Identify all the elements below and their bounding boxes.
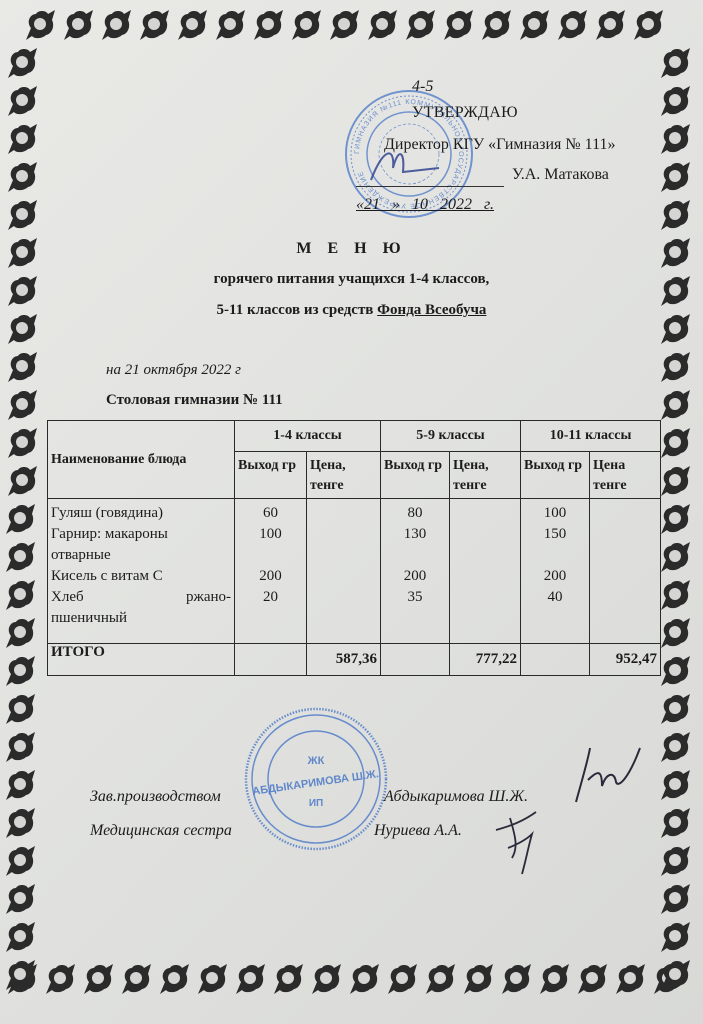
yield-cell-1-4: 60100 20020 xyxy=(235,499,307,644)
handwritten-signature-1 xyxy=(568,740,648,810)
border-flower-icon xyxy=(402,8,436,42)
border-flower-icon xyxy=(536,962,570,996)
dish-name: отварные xyxy=(51,545,231,566)
border-flower-icon xyxy=(194,962,228,996)
price-header: Цена, тенге xyxy=(307,452,381,499)
border-flower-icon xyxy=(657,426,691,460)
border-flower-icon xyxy=(250,8,284,42)
table-header-row: Наименование блюда 1-4 классы 5-9 классы… xyxy=(48,421,661,452)
total-price-1-4: 587,36 xyxy=(307,644,381,676)
border-flower-icon xyxy=(657,160,691,194)
border-flower-icon xyxy=(460,962,494,996)
border-flower-icon xyxy=(98,8,132,42)
approval-date: «21 » 10 2022 г. xyxy=(356,196,494,214)
spacer xyxy=(384,608,446,629)
total-label: ИТОГО xyxy=(48,644,235,676)
yield-value: 35 xyxy=(384,587,446,608)
border-flower-icon xyxy=(657,806,691,840)
border-flower-icon xyxy=(657,540,691,574)
border-flower-icon xyxy=(4,84,38,118)
border-flower-icon xyxy=(80,962,114,996)
border-flower-icon xyxy=(2,654,36,688)
border-flower-icon xyxy=(657,958,691,992)
spacer xyxy=(238,608,303,629)
border-flower-icon xyxy=(657,844,691,878)
border-flower-icon xyxy=(422,962,456,996)
border-flower-icon xyxy=(657,768,691,802)
yield-value: 130 xyxy=(384,524,446,545)
border-flower-icon xyxy=(657,350,691,384)
border-flower-icon xyxy=(657,388,691,422)
border-flower-icon xyxy=(657,692,691,726)
border-flower-icon xyxy=(592,8,626,42)
border-flower-icon xyxy=(4,464,38,498)
dish-name: Хлеб ржано- xyxy=(51,587,231,608)
subtitle-line-2: 5-11 классов из средств Фонда Всеобуча xyxy=(0,302,703,319)
border-flower-icon xyxy=(657,654,691,688)
yield-value: 200 xyxy=(384,566,446,587)
border-flower-icon xyxy=(2,806,36,840)
border-flower-icon xyxy=(346,962,380,996)
total-price-5-9: 777,22 xyxy=(450,644,521,676)
border-flower-icon xyxy=(22,8,56,42)
total-row: ИТОГО 587,36 777,22 952,47 xyxy=(48,644,661,676)
border-flower-icon xyxy=(657,616,691,650)
official-stamp-bottom: ЖК АБДЫКАРИМОВА Ш.Ж. ИП xyxy=(243,706,389,852)
border-flower-icon xyxy=(4,350,38,384)
border-flower-icon xyxy=(657,578,691,612)
dish-name: пшеничный xyxy=(51,608,231,629)
fund-name: Фонда Всеобуча xyxy=(377,302,486,318)
border-flower-icon xyxy=(612,962,646,996)
total-price-10-11: 952,47 xyxy=(590,644,661,676)
border-flower-icon xyxy=(2,844,36,878)
border-flower-icon xyxy=(212,8,246,42)
border-flower-icon xyxy=(118,962,152,996)
signature-name-nurse: Нуриева А.А. xyxy=(374,822,462,840)
border-flower-icon xyxy=(498,962,532,996)
yield-value: 40 xyxy=(524,587,586,608)
total-yield-5-9 xyxy=(381,644,450,676)
page-title: М Е Н Ю xyxy=(0,240,703,258)
svg-text:ЖК: ЖК xyxy=(307,755,325,767)
border-flower-icon xyxy=(60,8,94,42)
dish-name: Гарнир: макароны xyxy=(51,524,231,545)
handwritten-signature-2 xyxy=(492,808,552,878)
canteen-name: Столовая гимназии № 111 xyxy=(106,392,283,409)
dish-names-cell: Гуляш (говядина)Гарнир: макароныотварные… xyxy=(48,499,235,644)
yield-value: 150 xyxy=(524,524,586,545)
dish-name: Гуляш (говядина) xyxy=(51,503,231,524)
document-number: 4-5 xyxy=(412,78,433,96)
yield-cell-5-9: 80130 20035 xyxy=(381,499,450,644)
border-flower-icon xyxy=(630,8,664,42)
price-cell-1-4 xyxy=(307,499,381,644)
yield-cell-10-11: 100150 20040 xyxy=(521,499,590,644)
svg-text:АБДЫКАРИМОВА Ш.Ж.: АБДЫКАРИМОВА Ш.Ж. xyxy=(252,768,380,798)
border-flower-icon xyxy=(657,464,691,498)
border-flower-icon xyxy=(270,962,304,996)
border-flower-icon xyxy=(440,8,474,42)
table-row: Гуляш (говядина)Гарнир: макароныотварные… xyxy=(48,499,661,644)
price-cell-10-11 xyxy=(590,499,661,644)
border-flower-icon xyxy=(4,198,38,232)
border-flower-icon xyxy=(326,8,360,42)
yield-header: Выход гр xyxy=(521,452,590,499)
border-flower-icon xyxy=(384,962,418,996)
border-flower-icon xyxy=(4,160,38,194)
border-flower-icon xyxy=(657,882,691,916)
border-flower-icon xyxy=(650,962,684,996)
border-flower-icon xyxy=(657,920,691,954)
border-flower-icon xyxy=(2,578,36,612)
border-flower-icon xyxy=(4,122,38,156)
group-header-1-4: 1-4 классы xyxy=(235,421,381,452)
border-flower-icon xyxy=(657,730,691,764)
border-flower-icon xyxy=(478,8,512,42)
border-flower-icon xyxy=(2,692,36,726)
spacer xyxy=(524,608,586,629)
border-flower-icon xyxy=(136,8,170,42)
border-flower-icon xyxy=(516,8,550,42)
yield-value: 60 xyxy=(238,503,303,524)
price-header: Цена тенге xyxy=(590,452,661,499)
border-flower-icon xyxy=(174,8,208,42)
border-flower-icon xyxy=(2,502,36,536)
yield-value: 100 xyxy=(524,503,586,524)
signature-role-production: Зав.производством xyxy=(90,788,221,806)
director-signature-line xyxy=(356,186,504,187)
border-flower-icon xyxy=(232,962,266,996)
yield-value: 20 xyxy=(238,587,303,608)
subtitle-line-1: горячего питания учащихся 1-4 классов, xyxy=(0,271,703,288)
menu-table: Наименование блюда 1-4 классы 5-9 классы… xyxy=(47,420,661,676)
yield-value: 200 xyxy=(524,566,586,587)
border-flower-icon xyxy=(2,540,36,574)
group-header-10-11: 10-11 классы xyxy=(521,421,661,452)
border-flower-icon xyxy=(657,84,691,118)
yield-value: 200 xyxy=(238,566,303,587)
border-flower-icon xyxy=(657,502,691,536)
border-flower-icon xyxy=(554,8,588,42)
border-flower-icon xyxy=(574,962,608,996)
svg-text:ИП: ИП xyxy=(309,798,323,809)
menu-date: на 21 октября 2022 г xyxy=(106,362,241,379)
total-yield-10-11 xyxy=(521,644,590,676)
border-flower-icon xyxy=(156,962,190,996)
border-flower-icon xyxy=(2,616,36,650)
border-flower-icon xyxy=(2,730,36,764)
dish-name: Кисель с витам С xyxy=(51,566,231,587)
border-flower-icon xyxy=(42,962,76,996)
price-cell-5-9 xyxy=(450,499,521,644)
yield-value: 80 xyxy=(384,503,446,524)
border-flower-icon xyxy=(308,962,342,996)
border-flower-icon xyxy=(288,8,322,42)
group-header-5-9: 5-9 классы xyxy=(381,421,521,452)
border-flower-icon xyxy=(2,958,36,992)
spacer xyxy=(238,545,303,566)
dish-column-header: Наименование блюда xyxy=(48,421,235,499)
border-flower-icon xyxy=(364,8,398,42)
border-flower-icon xyxy=(657,198,691,232)
border-flower-icon xyxy=(4,46,38,80)
director-title: Директор КГУ «Гимназия № 111» xyxy=(384,136,615,154)
border-flower-icon xyxy=(4,962,38,996)
subtitle-prefix: 5-11 классов из средств xyxy=(217,302,378,318)
spacer xyxy=(524,545,586,566)
border-flower-icon xyxy=(2,920,36,954)
border-flower-icon xyxy=(2,768,36,802)
signature-role-nurse: Медицинская сестра xyxy=(90,822,232,840)
director-name: У.А. Матакова xyxy=(512,166,609,184)
border-flower-icon xyxy=(4,426,38,460)
border-flower-icon xyxy=(657,122,691,156)
price-header: Цена, тенге xyxy=(450,452,521,499)
spacer xyxy=(384,545,446,566)
yield-value: 100 xyxy=(238,524,303,545)
border-flower-icon xyxy=(4,388,38,422)
approve-label: УТВЕРЖДАЮ xyxy=(412,104,518,122)
yield-header: Выход гр xyxy=(381,452,450,499)
total-yield-1-4 xyxy=(235,644,307,676)
border-flower-icon xyxy=(657,46,691,80)
yield-header: Выход гр xyxy=(235,452,307,499)
signature-name-production: Абдыкаримова Ш.Ж. xyxy=(384,788,528,806)
border-flower-icon xyxy=(2,882,36,916)
